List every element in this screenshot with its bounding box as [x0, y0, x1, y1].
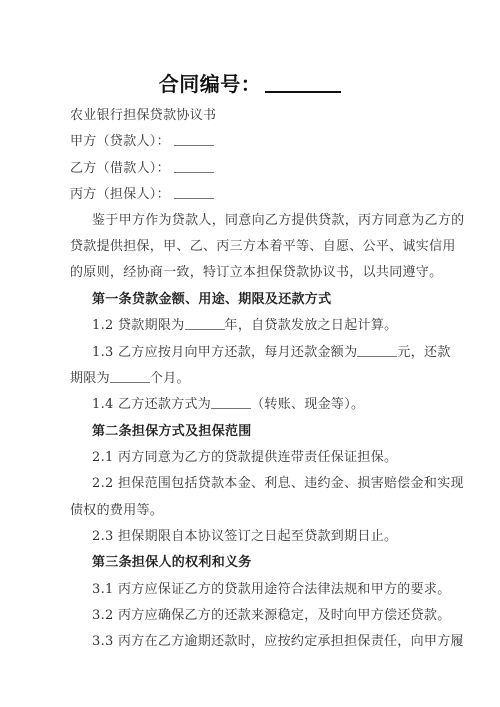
clause-3-2: 3.2 丙方应确保乙方的还款来源稳定，及时向甲方偿还贷款。	[92, 604, 451, 623]
clause-text: 1.3 乙方应按月向甲方还款，每月还款金额为	[92, 345, 357, 360]
party-lender-blank	[174, 133, 214, 146]
clause-text: （转账、现金等）。	[251, 397, 364, 412]
clause-2-2: 2.2 担保范围包括贷款本金、利息、违约金、损害赔偿金和实现	[92, 472, 464, 491]
section-1-heading: 第一条贷款金额、用途、期限及还款方式	[92, 288, 331, 307]
preamble-line-1: 鉴于甲方作为贷款人，同意向乙方提供贷款，丙方同意为乙方的	[92, 209, 464, 228]
contract-number-label: 合同编号：	[159, 72, 262, 96]
clause-text: 1.4 乙方还款方式为	[92, 397, 211, 412]
clause-text: 期限为	[70, 371, 110, 386]
blank	[185, 317, 225, 330]
preamble-line-2: 贷款提供担保，甲、乙、丙三方本着平等、自愿、公平、诚实信用	[70, 235, 456, 254]
clause-text: 1.2 贷款期限为	[92, 318, 185, 333]
clause-text: 年，自贷款发放之日起计算。	[225, 318, 398, 333]
clause-1-3: 1.3 乙方应按月向甲方还款，每月还款金额为元，还款	[92, 341, 451, 360]
party-borrower: 乙方（借款人）：	[70, 157, 214, 176]
party-guarantor-label: 丙方（担保人）：	[70, 187, 170, 202]
contract-number-blank	[265, 73, 341, 93]
blank	[211, 396, 251, 409]
clause-text: 个月。	[150, 371, 190, 386]
blank	[110, 370, 150, 383]
section-3-heading: 第三条担保人的权利和义务	[92, 551, 252, 570]
party-borrower-blank	[174, 160, 214, 173]
clause-1-3-cont: 期限为个月。	[70, 367, 190, 386]
contract-title: 合同编号：	[0, 68, 500, 97]
party-guarantor-blank	[174, 186, 214, 199]
clause-3-1: 3.1 丙方应保证乙方的贷款用途符合法律法规和甲方的要求。	[92, 578, 451, 597]
party-lender: 甲方（贷款人）：	[70, 130, 214, 149]
clause-3-3: 3.3 丙方在乙方逾期还款时，应按约定承担担保责任，向甲方履	[92, 630, 464, 649]
party-borrower-label: 乙方（借款人）：	[70, 161, 170, 176]
clause-2-1: 2.1 丙方同意为乙方的贷款提供连带责任保证担保。	[92, 446, 397, 465]
clause-1-4: 1.4 乙方还款方式为（转账、现金等）。	[92, 393, 364, 412]
clause-2-2-cont: 债权的费用等。	[70, 499, 163, 518]
party-lender-label: 甲方（贷款人）：	[70, 134, 170, 149]
section-2-heading: 第二条担保方式及担保范围	[92, 420, 252, 439]
blank	[357, 344, 397, 357]
clause-text: 元，还款	[397, 345, 450, 360]
preamble-line-3: 的原则，经协商一致，特订立本担保贷款协议书，以共同遵守。	[70, 261, 442, 280]
clause-1-2: 1.2 贷款期限为年，自贷款发放之日起计算。	[92, 314, 397, 333]
party-guarantor: 丙方（担保人）：	[70, 183, 214, 202]
document-subtitle: 农业银行担保贷款协议书	[70, 104, 216, 123]
clause-2-3: 2.3 担保期限自本协议签订之日起至贷款到期日止。	[92, 525, 397, 544]
